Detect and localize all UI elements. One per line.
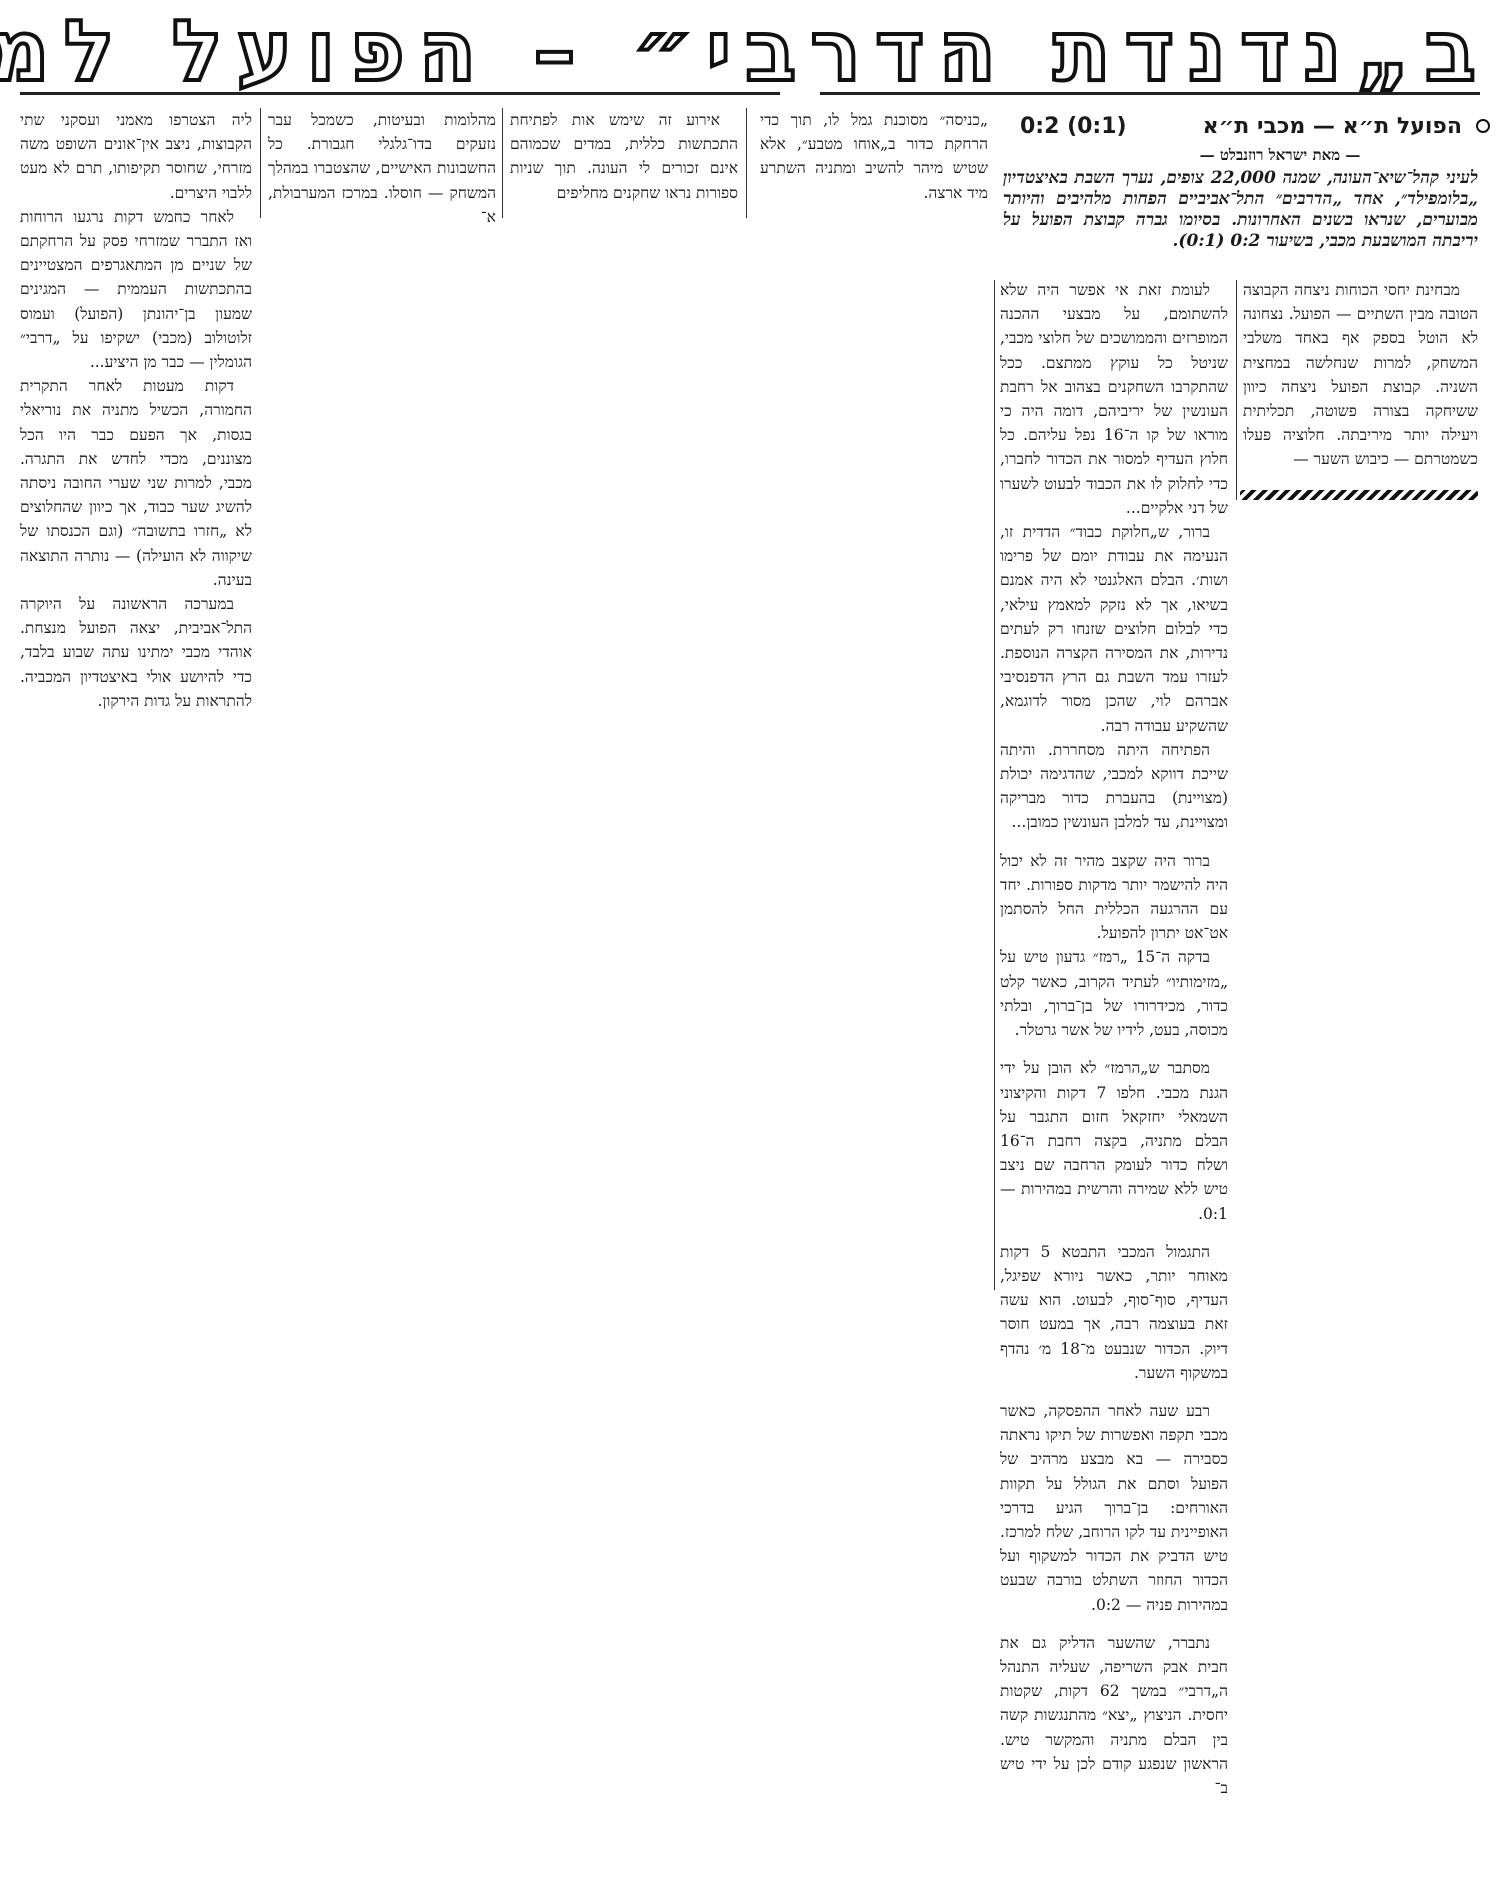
paragraph: במערכה הראשונה על היוקרה התל־אביבית, יצא… (20, 592, 252, 713)
article-column-5: מהלומות ובעיטות, כשמכל עבר נזעקים בדו־גל… (268, 108, 496, 229)
article-column-6: ליה הצטרפו מאמני ועסקני שתי הקבוצות, ניצ… (20, 108, 252, 713)
article-column-4: אירוע זה שימש אות לפתיחת התכתשות כללית, … (510, 108, 738, 205)
article-column-2: לעומת זאת אי אפשר היה שלא להשתומם, על מב… (1000, 278, 1228, 1800)
column-rule (1236, 280, 1237, 500)
paragraph: התגמול המכבי התבטא 5 דקות מאוחר יותר, כא… (1000, 1240, 1228, 1385)
headline: ב„נדנדת הדרבי״ – הפועל למעלה (20, 6, 1490, 96)
paragraph: אירוע זה שימש אות לפתיחת התכתשות כללית, … (510, 108, 738, 205)
article-column-1: מבחינת יחסי הכוחות ניצחה הקבוצה הטובה מב… (1243, 278, 1478, 472)
bullet-icon (1476, 119, 1490, 133)
paragraph: מסתבר ש„הרמז״ לא הובן על ידי הגנת מכבי. … (1000, 1056, 1228, 1225)
match-heading: הפועל ת״א — מכבי ת״א 0:2 (0:1) (1020, 112, 1490, 142)
lead-paragraph: לעיני קהל־שיא־העונה, שמנה 22,000 צופים, … (1003, 168, 1478, 252)
wavy-divider (1240, 490, 1478, 500)
column-rule (260, 108, 261, 218)
byline: — מאת ישראל רוזנבלט — (1080, 146, 1480, 165)
paragraph: לאחר כחמש דקות נרגעו הרוחות ואז התברר שמ… (20, 205, 252, 374)
column-rule (502, 108, 503, 218)
divider (820, 92, 1480, 95)
paragraph: „כניסה״ מסוכנת גמל לו, תוך כדי הרחקת כדו… (760, 108, 988, 205)
paragraph: ליה הצטרפו מאמני ועסקני שתי הקבוצות, ניצ… (20, 108, 252, 205)
match-score: 0:2 (0:1) (1020, 112, 1127, 142)
paragraph: דקות מעטות לאחר התקרית החמורה, הכשיל מתנ… (20, 374, 252, 592)
paragraph: ברור היה שקצב מהיר זה לא יכול היה להישמר… (1000, 849, 1228, 946)
article-column-3: „כניסה״ מסוכנת גמל לו, תוך כדי הרחקת כדו… (760, 108, 988, 205)
column-rule (994, 280, 995, 1290)
paragraph: לעומת זאת אי אפשר היה שלא להשתומם, על מב… (1000, 278, 1228, 520)
paragraph: בדקה ה־15 „רמז״ גדעון טיש על „מזימותיו״ … (1000, 945, 1228, 1042)
divider (20, 92, 780, 95)
paragraph: מהלומות ובעיטות, כשמכל עבר נזעקים בדו־גל… (268, 108, 496, 229)
paragraph: ברור, ש„חלוקת כבוד״ הדדית זו, הנעימה את … (1000, 520, 1228, 738)
column-rule (746, 108, 747, 218)
match-teams: הפועל ת״א — מכבי ת״א (1203, 114, 1462, 139)
paragraph: רבע שעה לאחר ההפסקה, כאשר מכבי תקפה ואפש… (1000, 1399, 1228, 1617)
paragraph: הפתיחה היתה מסחררת. והיתה שייכת דווקא למ… (1000, 738, 1228, 835)
paragraph: מבחינת יחסי הכוחות ניצחה הקבוצה הטובה מב… (1243, 278, 1478, 472)
paragraph: נתברר, שהשער הדליק גם את חבית אבק השריפה… (1000, 1631, 1228, 1800)
